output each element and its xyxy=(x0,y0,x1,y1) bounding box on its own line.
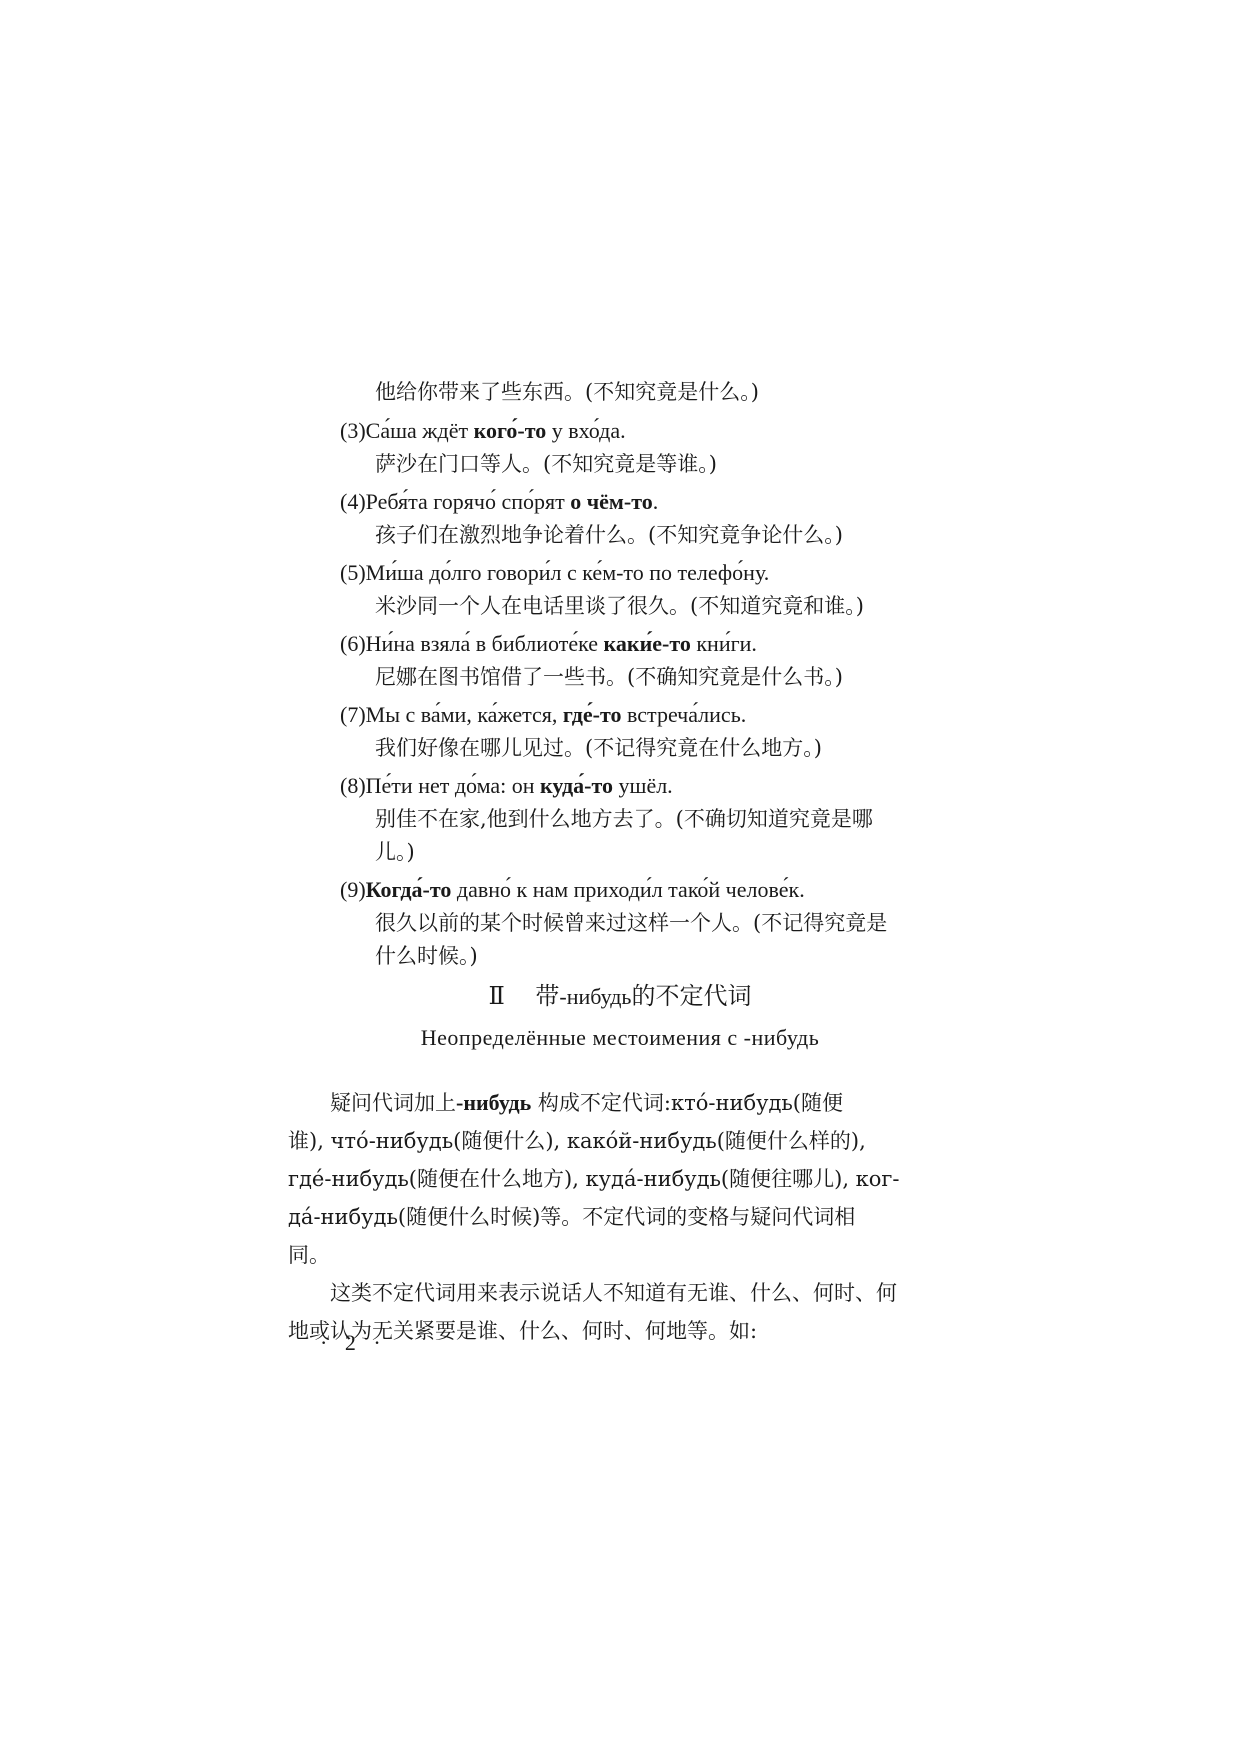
paragraph-2-line1: 这类不定代词用来表示说话人不知道有无谁、什么、何时、何 xyxy=(288,1274,928,1312)
example-3-russian: (3)Са́ша ждёт кого́-то у вхо́да. xyxy=(340,417,626,445)
section-subtitle: Неопределённые местоимения с -нибудь xyxy=(0,1024,1240,1052)
example-4-russian: (4)Ребя́та горячо́ спо́рят о чём-то. xyxy=(340,488,658,516)
example-keyword: кого́-то xyxy=(474,418,547,443)
para-keyword: -нибудь xyxy=(456,1090,531,1115)
example-7-translation: 我们好像在哪儿见过。(不记得究竟在什么地方。) xyxy=(375,734,822,762)
example-keyword: где́-то xyxy=(563,702,622,727)
para-text: 构成不定代词:кто́-нибудь(随便 xyxy=(531,1091,843,1115)
example-5-russian: (5)Ми́ша до́лго говори́л с ке́м-то по те… xyxy=(340,559,769,587)
example-number: (7) xyxy=(340,702,366,727)
para-text: 疑问代词加上 xyxy=(330,1091,456,1115)
example-text: ушёл. xyxy=(613,773,673,798)
section-title-part: 的不定代词 xyxy=(631,982,751,1010)
section-numeral: Ⅱ xyxy=(489,982,505,1010)
example-3-translation: 萨沙在门口等人。(不知究竟是等谁。) xyxy=(375,450,717,478)
example-text: Мы с ва́ми, ка́жется, xyxy=(366,702,563,727)
example-text: Са́ша ждёт xyxy=(366,418,474,443)
example-number: (5) xyxy=(340,560,366,585)
example-6-translation: 尼娜在图书馆借了一些书。(不确知究竟是什么书。) xyxy=(375,663,843,691)
example-5-translation: 米沙同一个人在电话里谈了很久。(不知道究竟和谁。) xyxy=(375,592,864,620)
example-8-russian: (8)Пе́ти нет до́ма: он куда́-то ушёл. xyxy=(340,772,673,800)
example-text: Ми́ша до́лго говори́л с ке́м-то по телеф… xyxy=(366,560,770,585)
example-text: Ребя́та горячо́ спо́рят xyxy=(366,489,571,514)
example-keyword: каки́е-то xyxy=(604,631,691,656)
example-number: (9) xyxy=(340,877,366,902)
example-8-translation-line1: 别佳不在家,他到什么地方去了。(不确切知道究竟是哪 xyxy=(375,805,873,833)
example-6-russian: (6)Ни́на взяла́ в библиоте́ке каки́е-то … xyxy=(340,630,757,658)
example-number: (4) xyxy=(340,489,366,514)
paragraph-1: 疑问代词加上-нибудь 构成不定代词:кто́-нибудь(随便 谁), … xyxy=(288,1084,928,1274)
example-8-translation-line2: 儿。) xyxy=(375,838,415,866)
example-9-translation-line2: 什么时候。) xyxy=(375,942,478,970)
example-4-translation: 孩子们在激烈地争论着什么。(不知究竟争论什么。) xyxy=(375,521,843,549)
example-number: (8) xyxy=(340,773,366,798)
section-heading: Ⅱ 带-нибудь的不定代词 xyxy=(0,980,1240,1013)
paragraph-1-line4: да́-нибудь(随便什么时候)等。不定代词的变格与疑问代词相 xyxy=(288,1198,928,1236)
example-keyword: Когда́-то xyxy=(366,877,452,902)
example-9-russian: (9)Когда́-то давно́ к нам приходи́л тако… xyxy=(340,876,805,904)
example-text: . xyxy=(653,489,659,514)
example-keyword: куда́-то xyxy=(540,773,613,798)
example-text: давно́ к нам приходи́л тако́й челове́к. xyxy=(451,877,804,902)
example-number: (3) xyxy=(340,418,366,443)
section-title-part: -нибудь xyxy=(559,984,631,1009)
paragraph-1-line5: 同。 xyxy=(288,1236,928,1274)
continuation-translation: 他给你带来了些东西。(不知究竟是什么。) xyxy=(375,378,759,406)
document-page: 他给你带来了些东西。(不知究竟是什么。) (3)Са́ша ждёт кого́… xyxy=(0,0,1240,1755)
section-title-part: 带 xyxy=(535,982,559,1010)
example-number: (6) xyxy=(340,631,366,656)
example-keyword: о чём-то xyxy=(570,489,653,514)
paragraph-1-line2: 谁), что́-нибудь(随便什么), како́й-нибудь(随便什… xyxy=(288,1122,928,1160)
example-text: у вхо́да. xyxy=(546,418,625,443)
example-9-translation-line1: 很久以前的某个时候曾来过这样一个人。(不记得究竟是 xyxy=(375,909,887,937)
example-7-russian: (7)Мы с ва́ми, ка́жется, где́-то встреча… xyxy=(340,701,746,729)
paragraph-1-line1: 疑问代词加上-нибудь 构成不定代词:кто́-нибудь(随便 xyxy=(288,1084,928,1122)
page-number: · 2 · xyxy=(320,1330,387,1356)
example-text: Пе́ти нет до́ма: он xyxy=(366,773,540,798)
example-text: встреча́лись. xyxy=(622,702,747,727)
para-text: 这类不定代词用来表示说话人不知道有无谁、什么、何时、何 xyxy=(330,1281,897,1305)
example-text: кни́ги. xyxy=(691,631,757,656)
paragraph-1-line3: где́-нибудь(随便在什么地方), куда́-нибудь(随便往哪儿… xyxy=(288,1160,928,1198)
example-text: Ни́на взяла́ в библиоте́ке xyxy=(366,631,604,656)
